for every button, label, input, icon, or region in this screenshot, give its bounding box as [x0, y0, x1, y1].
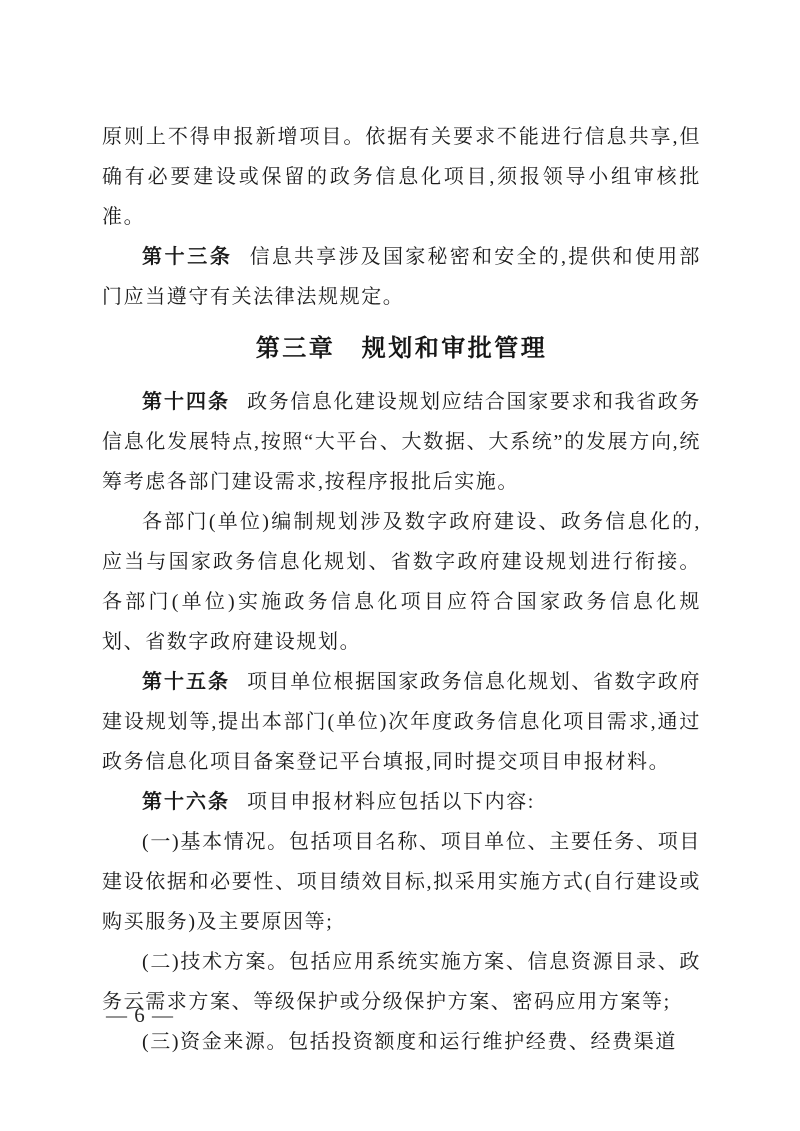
- paragraph: (三)资金来源。包括投资额度和运行维护经费、经费渠道: [102, 1022, 701, 1062]
- paragraph-text: 项目申报材料应包括以下内容:: [247, 791, 535, 813]
- article-number: 第十三条: [142, 246, 233, 268]
- paragraph: 原则上不得申报新增项目。依据有关要求不能进行信息共享,但确有必要建设或保留的政务…: [102, 117, 701, 237]
- paragraph-text: (二)技术方案。包括应用系统实施方案、信息资源目录、政务云需求方案、等级保护或分…: [102, 951, 701, 1013]
- article-number: 第十五条: [142, 671, 230, 693]
- chapter-heading: 第三章 规划和审批管理: [102, 329, 701, 369]
- article-number: 第十四条: [142, 391, 230, 413]
- paragraph: 第十三条信息共享涉及国家秘密和安全的,提供和使用部门应当遵守有关法律法规规定。: [102, 237, 701, 317]
- paragraph: 第十四条政务信息化建设规划应结合国家要求和我省政务信息化发展特点,按照“大平台、…: [102, 382, 701, 502]
- paragraph-text: (三)资金来源。包括投资额度和运行维护经费、经费渠道: [142, 1031, 677, 1053]
- paragraph: (二)技术方案。包括应用系统实施方案、信息资源目录、政务云需求方案、等级保护或分…: [102, 942, 701, 1022]
- page-number: — 6 —: [106, 1001, 174, 1029]
- article-number: 第十六条: [142, 791, 230, 813]
- paragraph-text: (一)基本情况。包括项目名称、项目单位、主要任务、项目建设依据和必要性、项目绩效…: [102, 831, 701, 933]
- paragraph-text: 各部门(单位)编制规划涉及数字政府建设、政务信息化的,应当与国家政务信息化规划、…: [102, 511, 701, 653]
- paragraph: (一)基本情况。包括项目名称、项目单位、主要任务、项目建设依据和必要性、项目绩效…: [102, 822, 701, 942]
- paragraph: 第十六条项目申报材料应包括以下内容:: [102, 782, 701, 822]
- paragraph: 第十五条项目单位根据国家政务信息化规划、省数字政府建设规划等,提出本部门(单位)…: [102, 662, 701, 782]
- paragraph: 各部门(单位)编制规划涉及数字政府建设、政务信息化的,应当与国家政务信息化规划、…: [102, 502, 701, 662]
- paragraph-text: 原则上不得申报新增项目。依据有关要求不能进行信息共享,但确有必要建设或保留的政务…: [102, 126, 701, 228]
- document-page: 原则上不得申报新增项目。依据有关要求不能进行信息共享,但确有必要建设或保留的政务…: [0, 0, 800, 1131]
- document-body: 原则上不得申报新增项目。依据有关要求不能进行信息共享,但确有必要建设或保留的政务…: [102, 117, 701, 1062]
